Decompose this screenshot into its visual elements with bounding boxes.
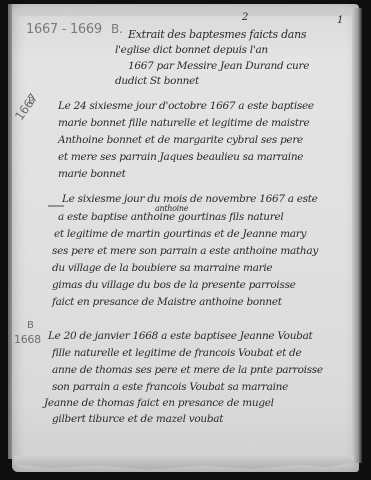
- margin-letter-3: B: [27, 320, 34, 331]
- entry-1-line-3: Anthoine bonnet et de margarite cybral s…: [58, 134, 303, 146]
- margin-year-3: 1668: [14, 333, 41, 346]
- entry-2-line-3: et legitime de martin gourtinas et de Je…: [54, 228, 306, 240]
- entry-2-line-1: Le sixiesme jour du mois de novembre 166…: [62, 193, 318, 205]
- entry-2-line-7: faict en presance de Maistre anthoine bo…: [52, 296, 282, 308]
- entry-2-lead-stroke: [48, 205, 64, 207]
- entry-2-line-2: a este baptise anthoine gourtinas fils n…: [58, 211, 283, 223]
- entry-3-line-6: gilbert tiburce et de mazel voubat: [52, 413, 223, 425]
- entry-1-line-5: marie bonnet: [58, 168, 126, 180]
- series-letter: B.: [111, 22, 122, 36]
- entry-1-line-4: et mere ses parrain Jaques beaulieu sa m…: [58, 151, 303, 163]
- entry-3-line-1: Le 20 de janvier 1668 a este baptisee Je…: [48, 330, 312, 342]
- entry-3-line-2: fille naturelle et legitime de francois …: [52, 347, 301, 359]
- entry-2-line-6: gimas du village du bos de la presente p…: [52, 279, 296, 291]
- entry-3-line-4: son parrain a este francois Voubat sa ma…: [52, 381, 288, 393]
- entry-3-line-3: anne de thomas ses pere et mere de la pn…: [52, 364, 323, 376]
- page-number-top: 2: [242, 12, 248, 23]
- title-line-1: Extrait des baptesmes faicts dans: [128, 28, 306, 41]
- page-number-corner: 1: [337, 15, 343, 26]
- entry-2-line-4: ses pere et mere son parrain a este anth…: [52, 245, 318, 257]
- date-range-label: 1667 - 1669: [26, 22, 102, 37]
- title-line-4: dudict St bonnet: [115, 75, 199, 87]
- entry-3-line-5: Jeanne de thomas faict en presance de mu…: [44, 397, 274, 409]
- entry-1-line-1: Le 24 sixiesme jour d'octobre 1667 a est…: [58, 100, 314, 112]
- page-right-edge: [352, 8, 362, 463]
- entry-1-line-2: marie bonnet fille naturelle et legitime…: [58, 117, 309, 129]
- entry-2-line-5: du village de la boubiere sa marraine ma…: [52, 262, 272, 274]
- title-line-2: l'eglise dict bonnet depuis l'an: [115, 44, 268, 56]
- title-line-3: 1667 par Messire Jean Durand cure: [128, 60, 309, 72]
